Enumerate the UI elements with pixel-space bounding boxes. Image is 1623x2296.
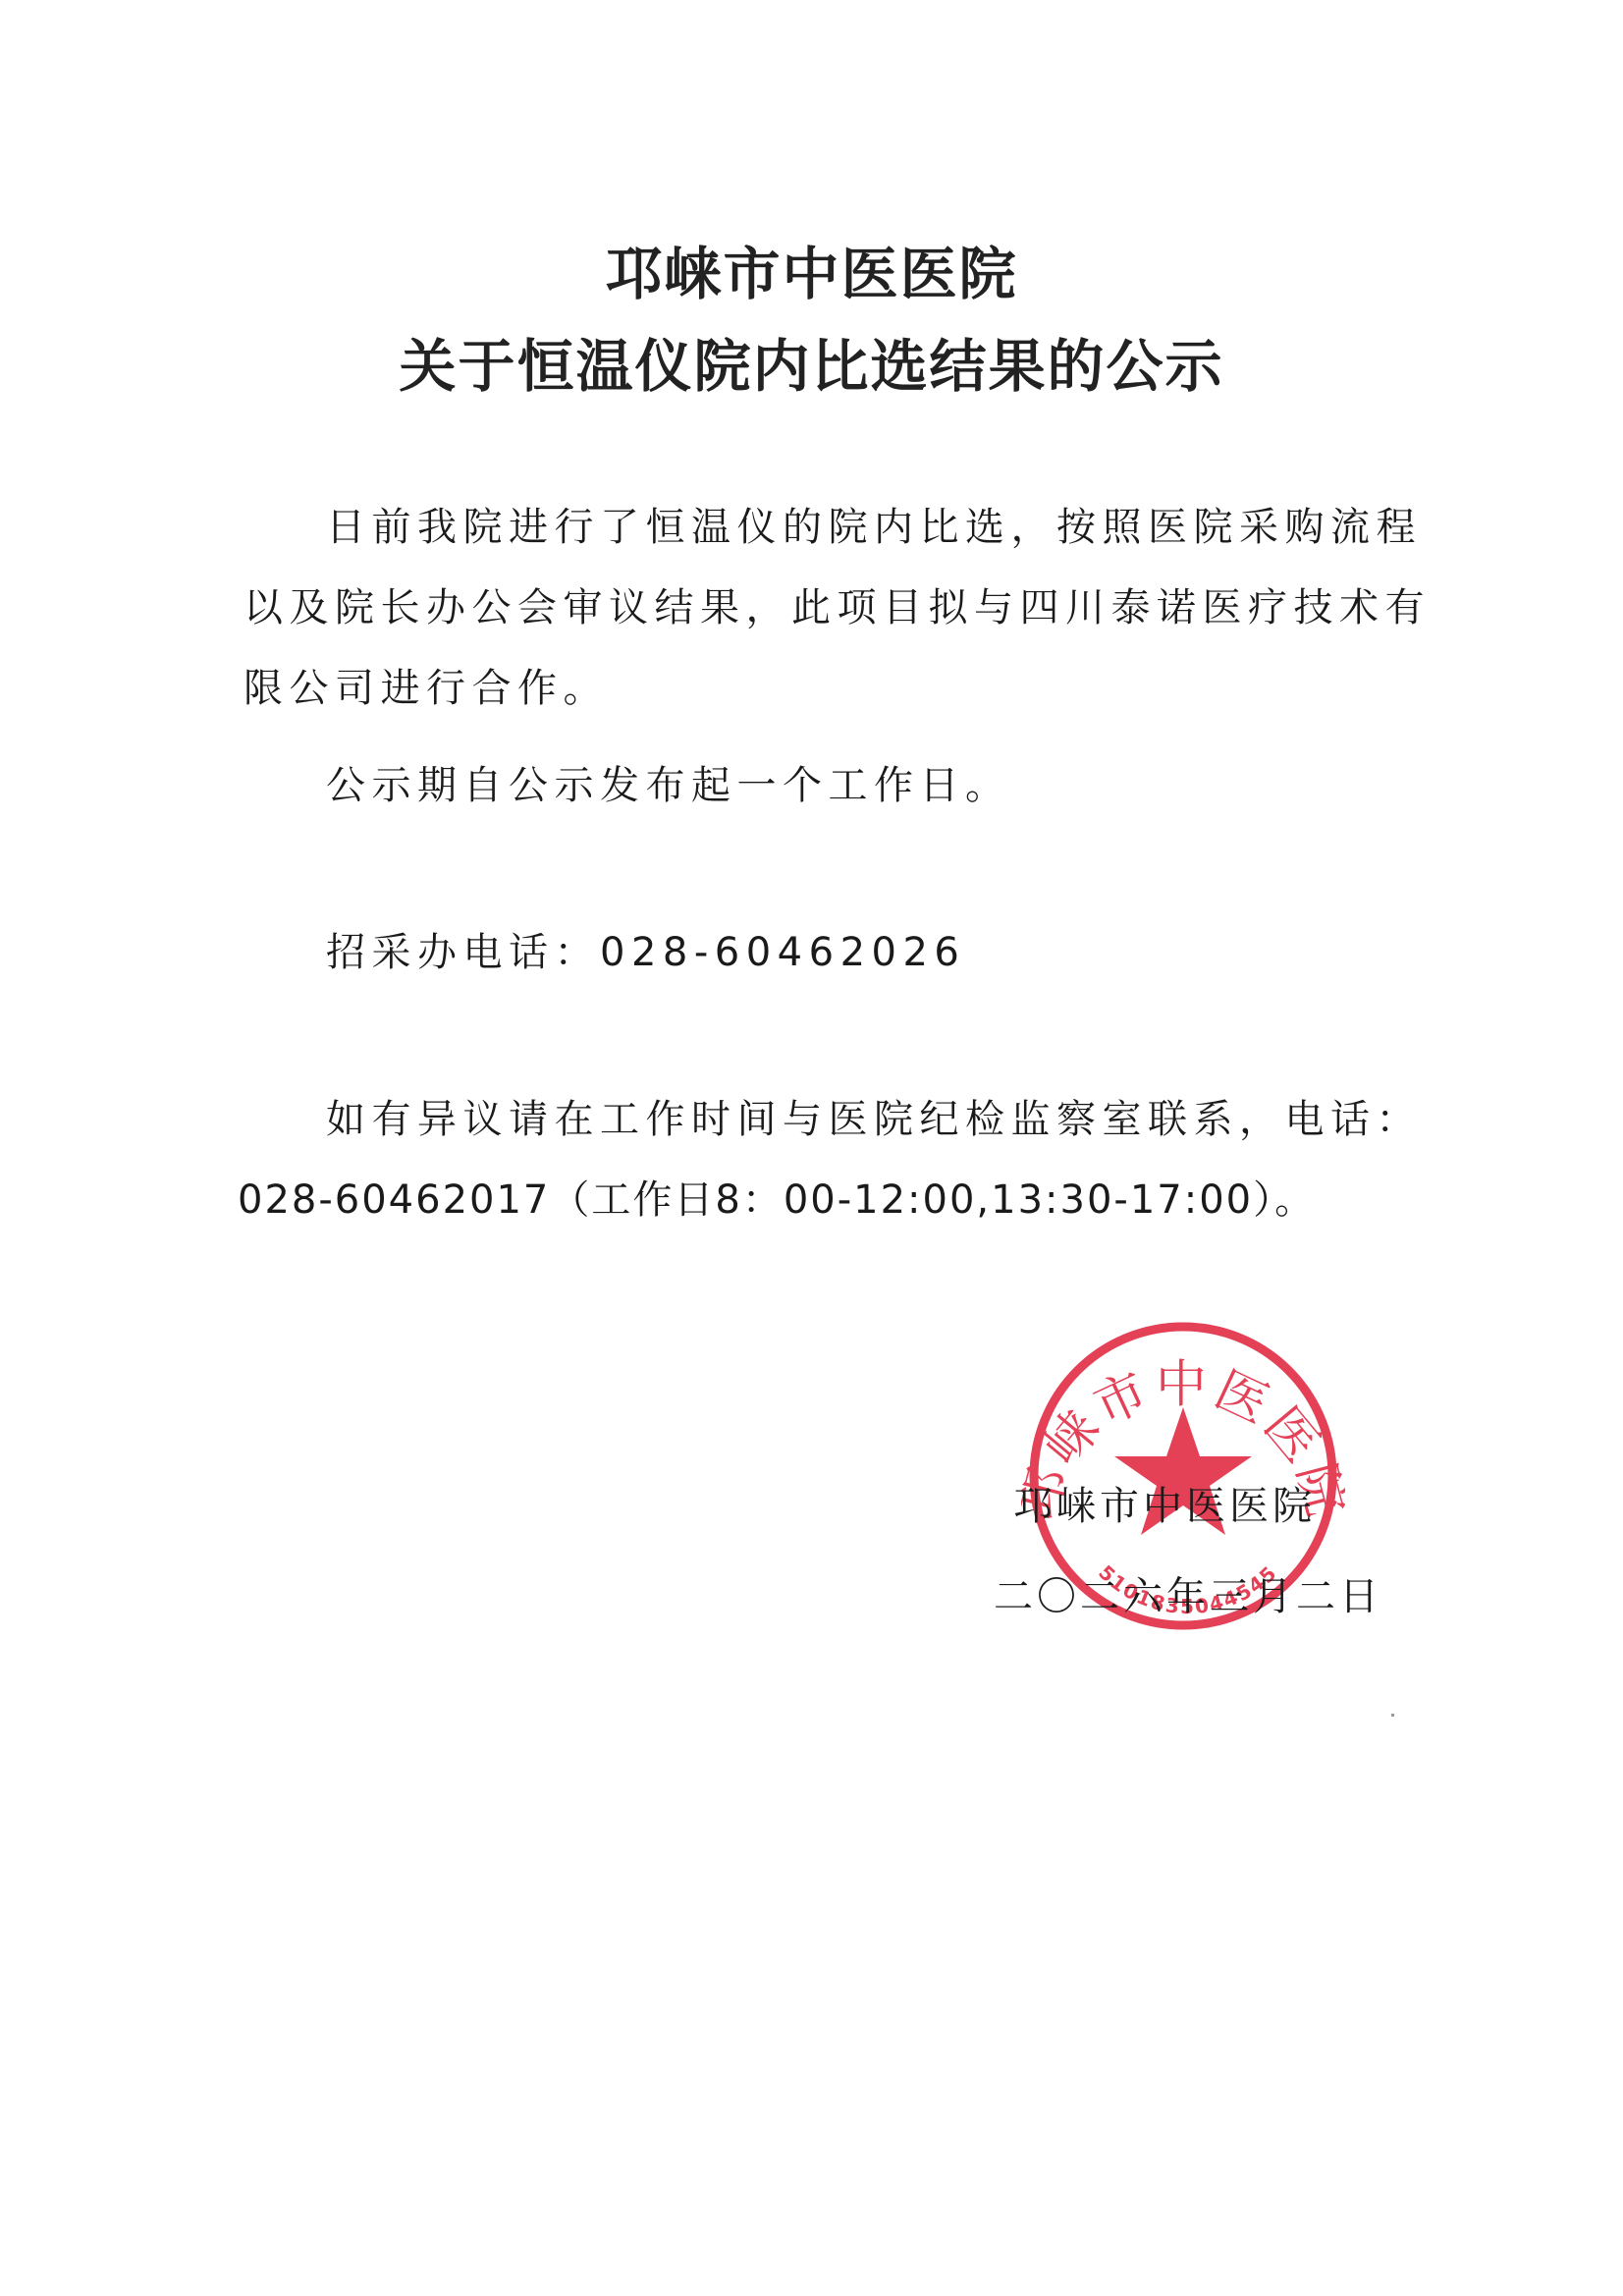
- document-title-line1: 邛崃市中医医院: [0, 228, 1623, 310]
- paragraph-procurement-phone: 招采办电话：028-60462026: [326, 921, 1465, 977]
- paragraph-line: 如有异议请在工作时间与医院纪检监察室联系，电话：: [326, 1088, 1422, 1144]
- paragraph-line: 日前我院进行了恒温仪的院内比选，按照医院采购流程: [326, 496, 1422, 552]
- paragraph-line: 限公司进行合作。: [243, 657, 609, 713]
- scan-speck: [1391, 1714, 1394, 1717]
- signature-date: 二〇二六年三月二日: [994, 1565, 1382, 1621]
- paragraph-line: 028-60462017（工作日8：00-12:00,13:30-17:00）。: [238, 1169, 1316, 1225]
- document-title-line2: 关于恒温仪院内比选结果的公示: [0, 320, 1623, 403]
- paragraph-period: 公示期自公示发布起一个工作日。: [326, 754, 1465, 810]
- signature-organization: 邛崃市中医医院: [1013, 1475, 1316, 1531]
- paragraph-line: 以及院长办公会审议结果，此项目拟与四川泰诺医疗技术有: [243, 576, 1431, 632]
